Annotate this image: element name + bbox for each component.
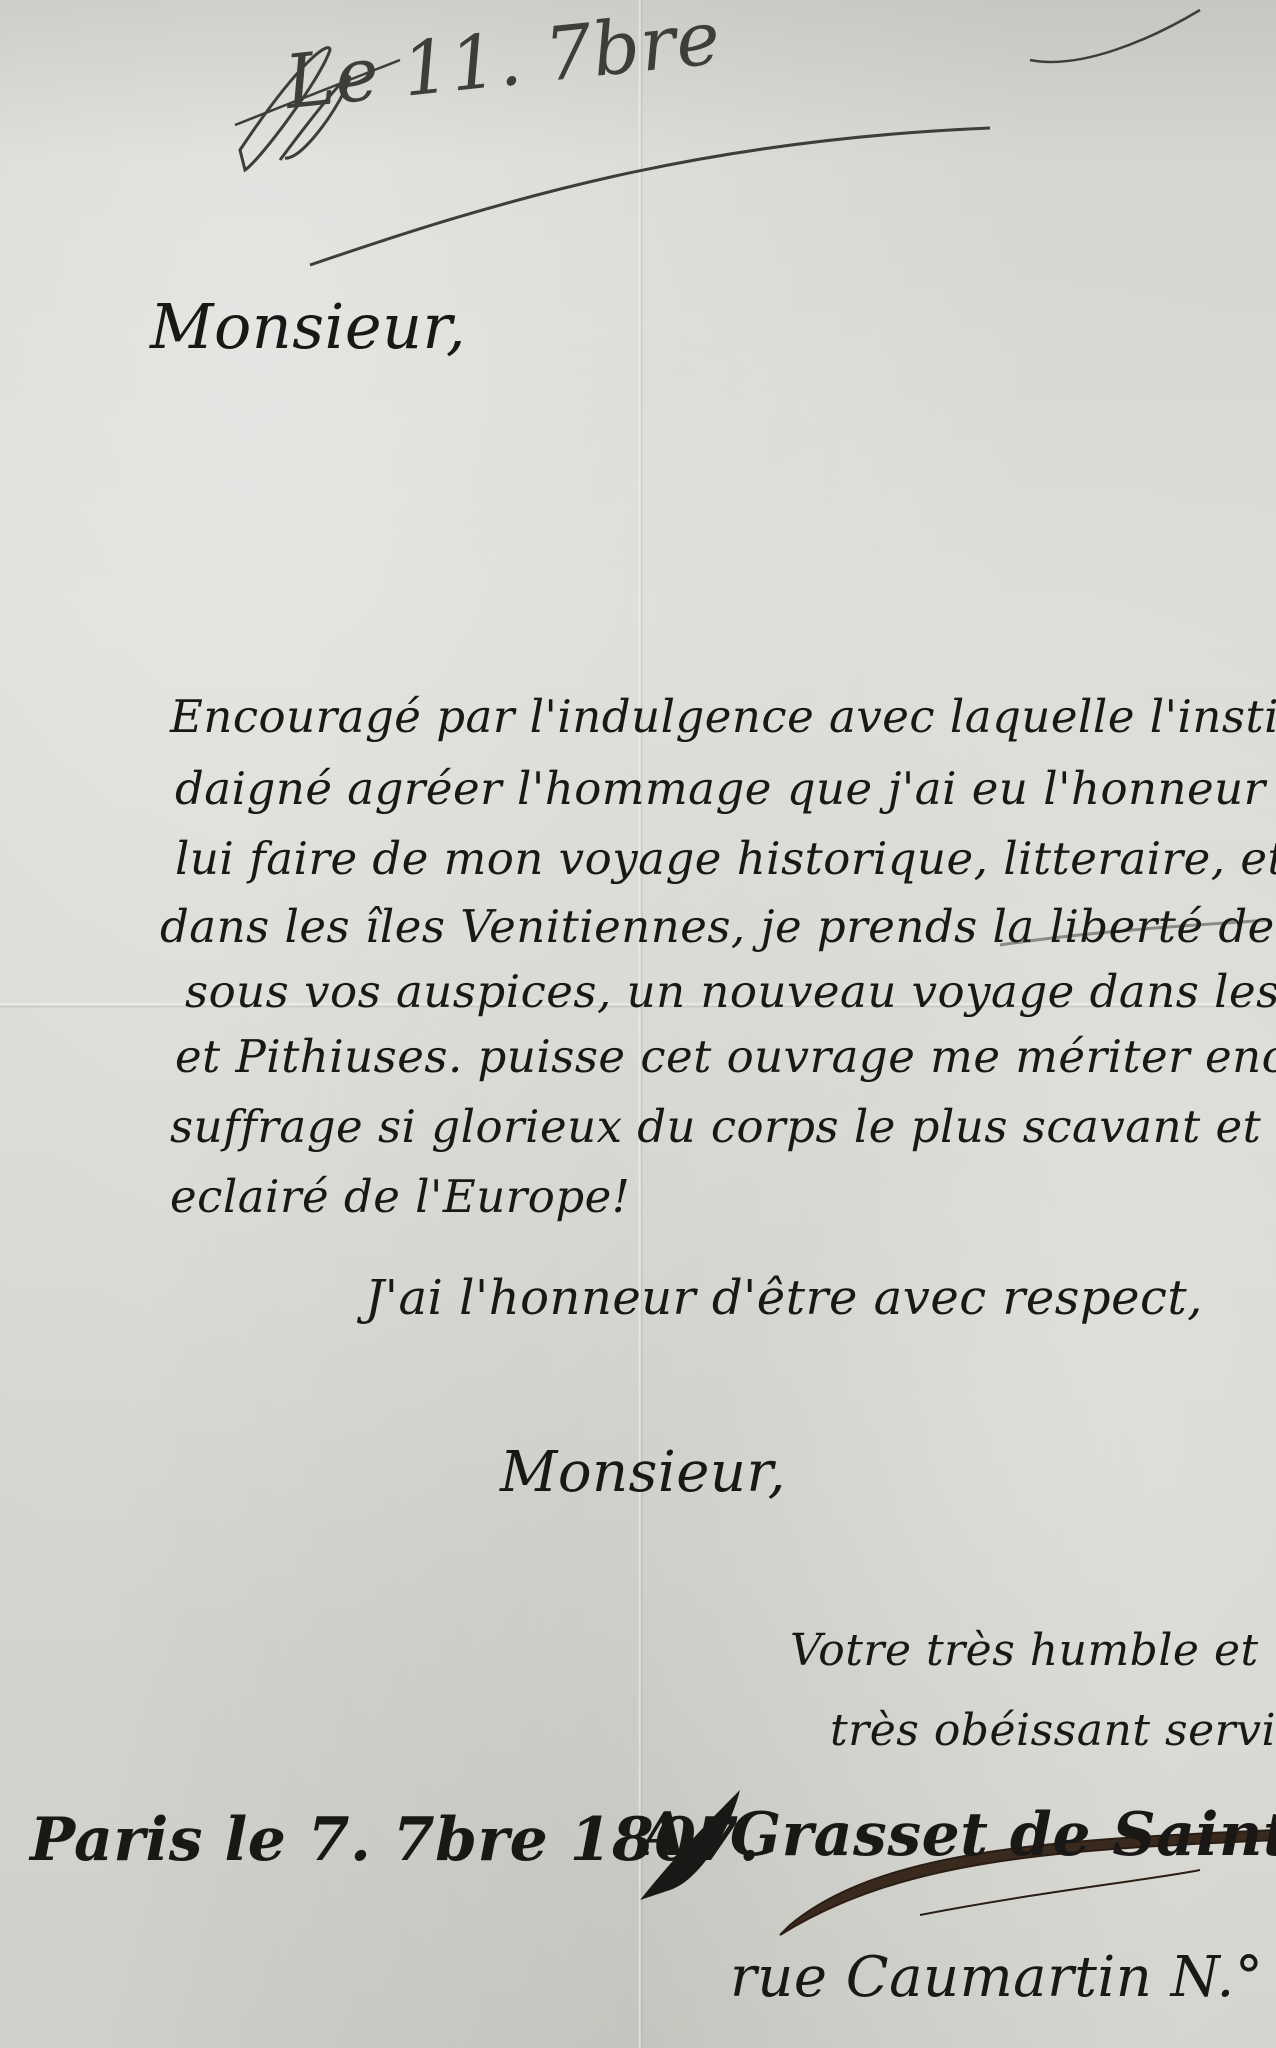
closing-formula: J'ai l'honneur d'être avec respect,: [365, 1270, 1203, 1326]
letter-sheet: Le 11. 7bre Monsieur, Encouragé par l'in…: [0, 0, 1276, 2048]
author-address: rue Caumartin N.° 35.: [730, 1945, 1276, 2010]
body-line-2: daigné agréer l'hommage que j'ai eu l'ho…: [175, 762, 1276, 815]
author-signature: A. Grasset de Saint Sauveur: [640, 1800, 1276, 1870]
closing-salutation: Monsieur,: [500, 1440, 786, 1505]
body-line-4: dans les îles Venitiennes, je prends la …: [160, 900, 1276, 953]
body-line-7: suffrage si glorieux du corps le plus sc…: [170, 1100, 1276, 1153]
valediction-line-2: très obéissant serviteur: [830, 1705, 1276, 1756]
body-line-6: et Pithiuses. puisse cet ouvrage me méri…: [175, 1030, 1276, 1083]
vertical-fold-crease: [638, 0, 643, 2048]
valediction-line-1: Votre très humble et: [790, 1625, 1259, 1676]
salutation: Monsieur,: [150, 290, 466, 363]
body-line-8: eclairé de l'Europe!: [170, 1170, 630, 1223]
body-line-1: Encouragé par l'indulgence avec laquelle…: [170, 690, 1276, 743]
body-line-3: lui faire de mon voyage historique, litt…: [175, 832, 1276, 885]
body-line-5: sous vos auspices, un nouveau voyage dan…: [185, 965, 1276, 1018]
